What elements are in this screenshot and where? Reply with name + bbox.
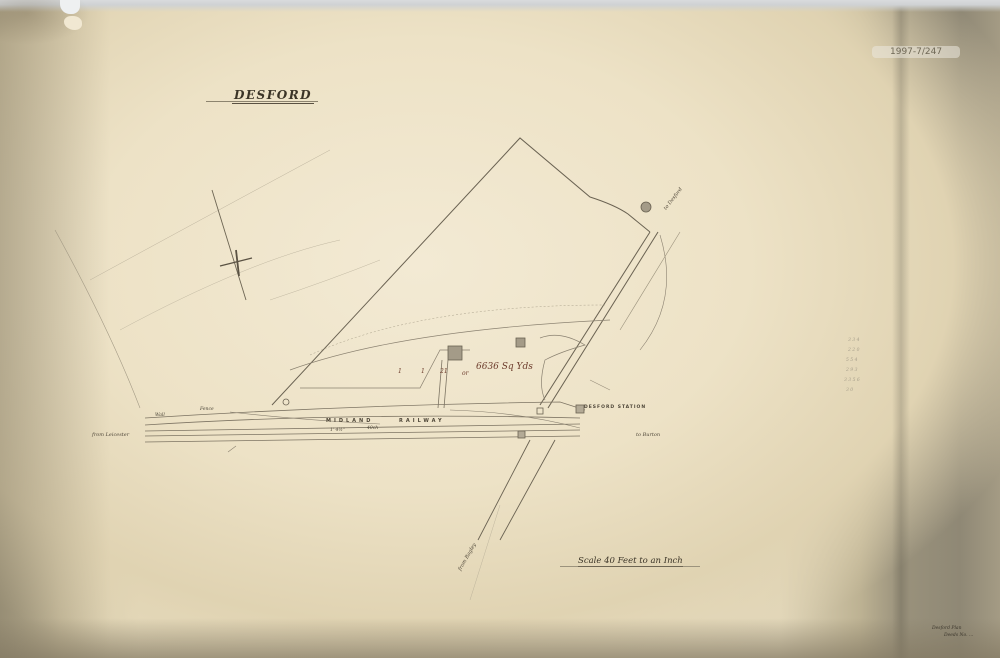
pencil-note: 5 5 4 bbox=[846, 358, 857, 363]
road-to-bagworth bbox=[478, 440, 530, 540]
scale-label: Scale 40 Feet to an Inch bbox=[578, 556, 683, 567]
plot-number: 1 bbox=[421, 368, 425, 375]
station-building bbox=[576, 405, 584, 413]
building bbox=[516, 338, 525, 347]
station-label: DESFORD STATION bbox=[584, 405, 646, 410]
north-arrow-shaft bbox=[212, 190, 246, 300]
pencil-note: 3 3 5 6 bbox=[844, 378, 860, 383]
plot-number: 1 bbox=[398, 368, 402, 375]
corner-note: Desford Plan bbox=[932, 626, 961, 631]
plot-boundary bbox=[272, 138, 650, 405]
track-mark: Fence bbox=[200, 407, 214, 412]
building bbox=[641, 202, 651, 212]
map-sheet: DESFORD 1997-7/247 1 1 21 or 6636 Sq Yds… bbox=[0, 0, 1000, 658]
direction-from-leicester: from Leicester bbox=[92, 432, 129, 438]
track-mark: 1' 4½" bbox=[330, 428, 345, 433]
site-plan-drawing bbox=[0, 0, 1000, 658]
pencil-note: 2 2 0 bbox=[848, 348, 859, 353]
pencil-note: 2 9 3 bbox=[846, 368, 857, 373]
pencil-note: 3 3 4 bbox=[848, 338, 859, 343]
plot-number: 21 bbox=[440, 368, 448, 375]
building bbox=[448, 346, 462, 360]
archive-reference-label: 1997-7/247 bbox=[872, 46, 960, 58]
railway-name-part1: MIDLAND bbox=[326, 418, 373, 424]
track-mark: Wall bbox=[155, 413, 165, 418]
map-title: DESFORD bbox=[232, 88, 314, 104]
direction-to-burton: to Burton bbox=[636, 432, 660, 438]
railway-name-part2: RAILWAY bbox=[399, 418, 445, 424]
area-label: 6636 Sq Yds bbox=[476, 362, 533, 372]
plot-number: or bbox=[462, 370, 468, 377]
corner-note: Deeds No. ... bbox=[944, 633, 973, 638]
pencil-note: 3 0 bbox=[846, 388, 853, 393]
track-mark: 40ch bbox=[367, 426, 378, 431]
field-boundary-west bbox=[55, 230, 140, 408]
